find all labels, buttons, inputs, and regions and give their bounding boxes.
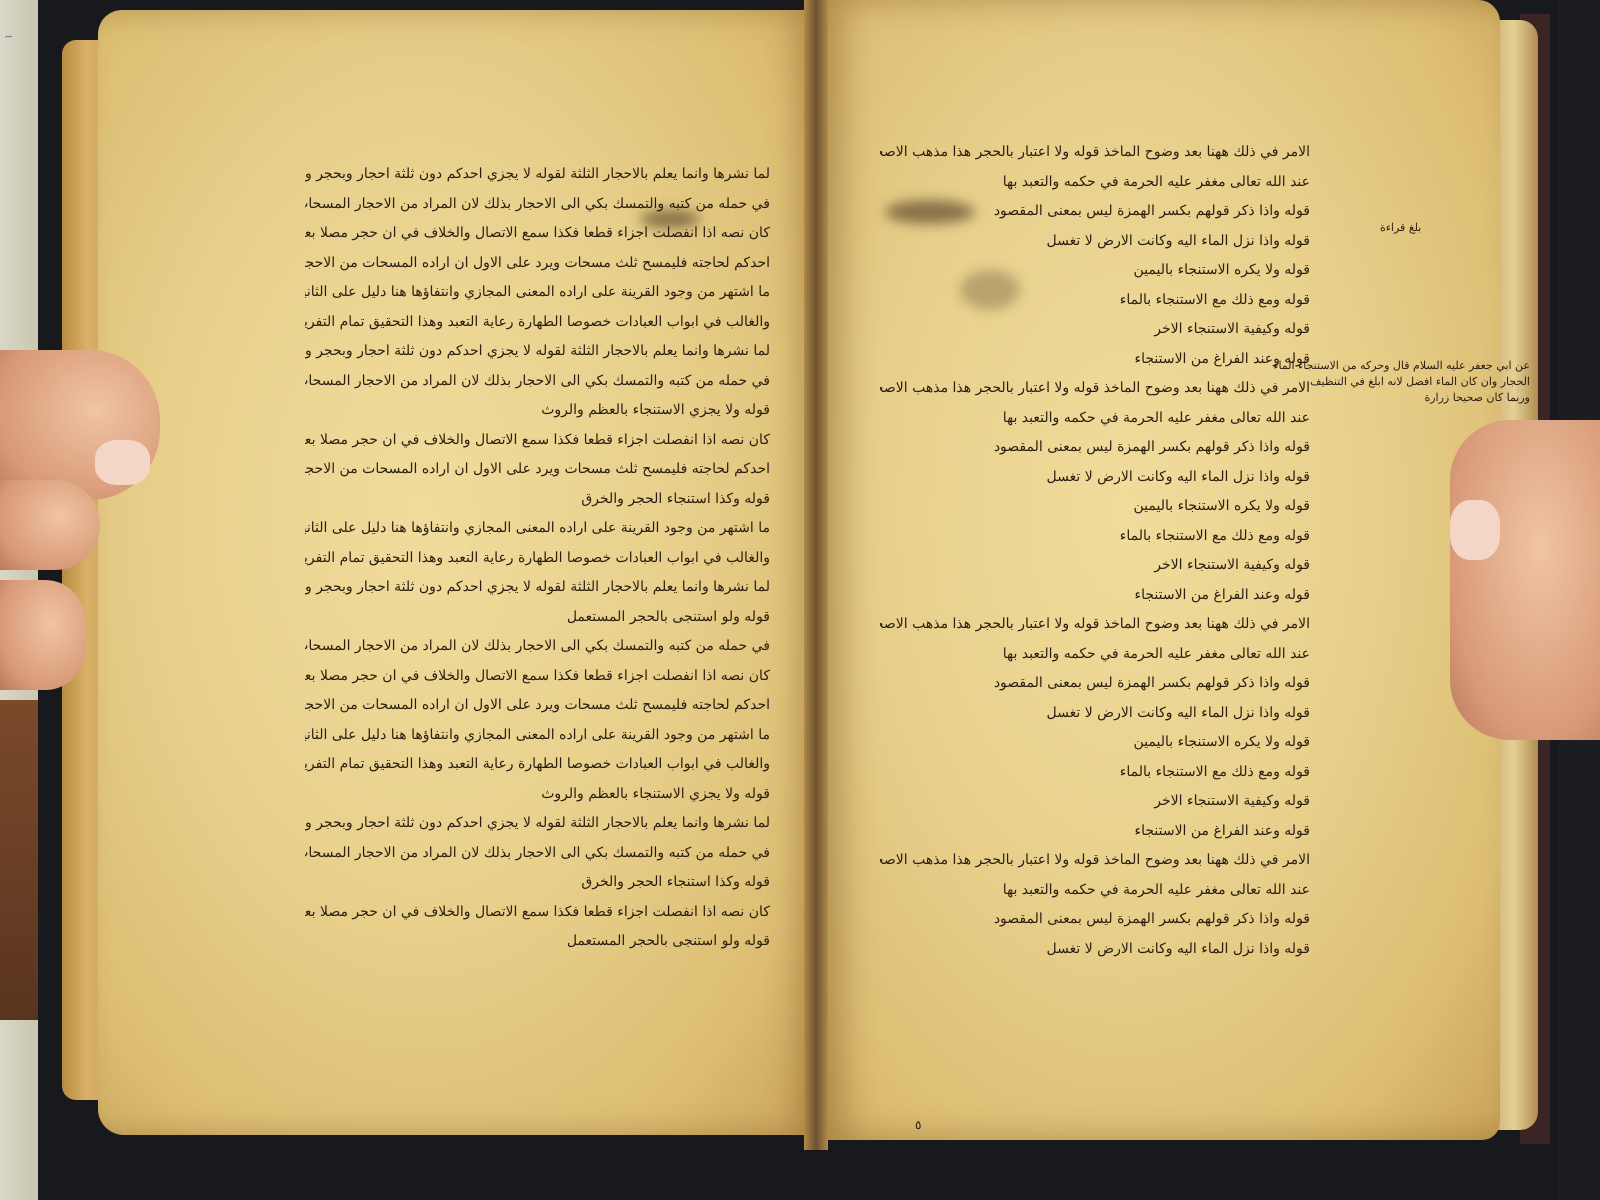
text-line: قوله ولا يكره الاستنجاء باليمين — [880, 256, 1310, 286]
text-line: احدكم لحاجته فليمسح ثلث مسحات ويرد على ا… — [305, 455, 770, 485]
text-line: قوله واذا نزل الماء اليه وكانت الارض لا … — [880, 699, 1310, 729]
text-line: قوله واذا ذكر قولهم بكسر الهمزة ليس بمعن… — [880, 905, 1310, 935]
text-line: كان نصه اذا انفصلت اجزاء قطعا فكذا سمع ا… — [305, 898, 770, 928]
margin-note-line: وربما كان صحيحا زرارة — [1300, 390, 1530, 406]
right-thumb — [1450, 420, 1600, 740]
margin-note-middle: عن ابي جعفر عليه السلام قال وحركه من الا… — [1300, 358, 1530, 406]
text-line: ما اشتهر من وجود القرينة على اراده المعن… — [305, 278, 770, 308]
text-line: احدكم لحاجته فليمسح ثلث مسحات ويرد على ا… — [305, 249, 770, 279]
thumbnail — [1450, 500, 1500, 560]
text-line: والغالب في ابواب العبادات خصوصا الطهارة … — [305, 308, 770, 338]
text-line: قوله ومع ذلك مع الاستنجاء بالماء — [880, 286, 1310, 316]
text-line: احدكم لحاجته فليمسح ثلث مسحات ويرد على ا… — [305, 691, 770, 721]
text-line: قوله وكيفية الاستنجاء الاخر — [880, 551, 1310, 581]
left-finger — [0, 480, 100, 570]
text-line: قوله ومع ذلك مع الاستنجاء بالماء — [880, 522, 1310, 552]
text-line: كان نصه اذا انفصلت اجزاء قطعا فكذا سمع ا… — [305, 219, 770, 249]
text-line: قوله وكذا استنجاء الحجر والخرق — [305, 868, 770, 898]
text-line: قوله ولا يكره الاستنجاء باليمين — [880, 728, 1310, 758]
text-line: في حمله من كتبه والتمسك بكي الى الاحجار … — [305, 839, 770, 869]
text-line: عند الله تعالى مغفر عليه الحرمة في حكمه … — [880, 168, 1310, 198]
text-line: قوله ومع ذلك مع الاستنجاء بالماء — [880, 758, 1310, 788]
text-line: قوله وكذا استنجاء الحجر والخرق — [305, 485, 770, 515]
text-line: قوله واذا ذكر قولهم بكسر الهمزة ليس بمعن… — [880, 669, 1310, 699]
text-line: قوله وعند الفراغ من الاستنجاء — [880, 817, 1310, 847]
text-line: والغالب في ابواب العبادات خصوصا الطهارة … — [305, 544, 770, 574]
text-line: قوله واذا نزل الماء اليه وكانت الارض لا … — [880, 227, 1310, 257]
background-wood — [0, 700, 40, 1020]
text-line: قوله ولا يجزي الاستنجاء بالعظم والروث — [305, 396, 770, 426]
text-line: كان نصه اذا انفصلت اجزاء قطعا فكذا سمع ا… — [305, 662, 770, 692]
margin-note-line: الحجار وان كان الماء افضل لانه ابلغ في ا… — [1300, 374, 1530, 390]
book-gutter — [804, 0, 828, 1150]
text-line: قوله واذا ذكر قولهم بكسر الهمزة ليس بمعن… — [880, 433, 1310, 463]
text-line: قوله وكيفية الاستنجاء الاخر — [880, 315, 1310, 345]
photo-scene: ~ لما نشرها وانما يعلم بالاحجار الثلثة ل… — [0, 0, 1600, 1200]
text-line: قوله وعند الفراغ من الاستنجاء — [880, 581, 1310, 611]
background-handwriting: ~ — [3, 29, 14, 43]
text-line: في حمله من كتبه والتمسك بكي الى الاحجار … — [305, 367, 770, 397]
text-line: عند الله تعالى مغفر عليه الحرمة في حكمه … — [880, 404, 1310, 434]
text-line: في حمله من كتبه والتمسك بكي الى الاحجار … — [305, 632, 770, 662]
margin-note-top: بلغ قراءة — [1380, 220, 1421, 236]
thumbnail — [95, 440, 150, 485]
margin-note-line: عن ابي جعفر عليه السلام قال وحركه من الا… — [1300, 358, 1530, 374]
text-line: قوله واذا نزل الماء اليه وكانت الارض لا … — [880, 463, 1310, 493]
text-line: قوله ولو استنجى بالحجر المستعمل — [305, 927, 770, 957]
text-line: قوله ولا يجزي الاستنجاء بالعظم والروث — [305, 780, 770, 810]
left-page-text: لما نشرها وانما يعلم بالاحجار الثلثة لقو… — [305, 160, 770, 980]
text-line: قوله ولو استنجى بالحجر المستعمل — [305, 603, 770, 633]
text-line: لما نشرها وانما يعلم بالاحجار الثلثة لقو… — [305, 573, 770, 603]
text-line: الامر في ذلك ههنا بعد وضوح الماخذ قوله و… — [880, 138, 1310, 168]
text-line: قوله وكيفية الاستنجاء الاخر — [880, 787, 1310, 817]
folio-mark: ٥ — [915, 1118, 921, 1132]
text-line: عند الله تعالى مغفر عليه الحرمة في حكمه … — [880, 876, 1310, 906]
text-line: كان نصه اذا انفصلت اجزاء قطعا فكذا سمع ا… — [305, 426, 770, 456]
text-line: في حمله من كتبه والتمسك بكي الى الاحجار … — [305, 190, 770, 220]
text-line: ما اشتهر من وجود القرينة على اراده المعن… — [305, 721, 770, 751]
text-line: قوله ولا يكره الاستنجاء باليمين — [880, 492, 1310, 522]
text-line: قوله واذا ذكر قولهم بكسر الهمزة ليس بمعن… — [880, 197, 1310, 227]
text-line: ما اشتهر من وجود القرينة على اراده المعن… — [305, 514, 770, 544]
left-thumb — [0, 350, 160, 500]
text-line: الامر في ذلك ههنا بعد وضوح الماخذ قوله و… — [880, 374, 1310, 404]
text-line: عند الله تعالى مغفر عليه الحرمة في حكمه … — [880, 640, 1310, 670]
text-line: لما نشرها وانما يعلم بالاحجار الثلثة لقو… — [305, 337, 770, 367]
text-line: الامر في ذلك ههنا بعد وضوح الماخذ قوله و… — [880, 846, 1310, 876]
text-line: قوله وعند الفراغ من الاستنجاء — [880, 345, 1310, 375]
right-page-text: الامر في ذلك ههنا بعد وضوح الماخذ قوله و… — [880, 138, 1310, 988]
left-finger — [0, 580, 85, 690]
text-line: الامر في ذلك ههنا بعد وضوح الماخذ قوله و… — [880, 610, 1310, 640]
text-line: لما نشرها وانما يعلم بالاحجار الثلثة لقو… — [305, 160, 770, 190]
text-line: قوله واذا نزل الماء اليه وكانت الارض لا … — [880, 935, 1310, 965]
text-line: لما نشرها وانما يعلم بالاحجار الثلثة لقو… — [305, 809, 770, 839]
text-line: والغالب في ابواب العبادات خصوصا الطهارة … — [305, 750, 770, 780]
